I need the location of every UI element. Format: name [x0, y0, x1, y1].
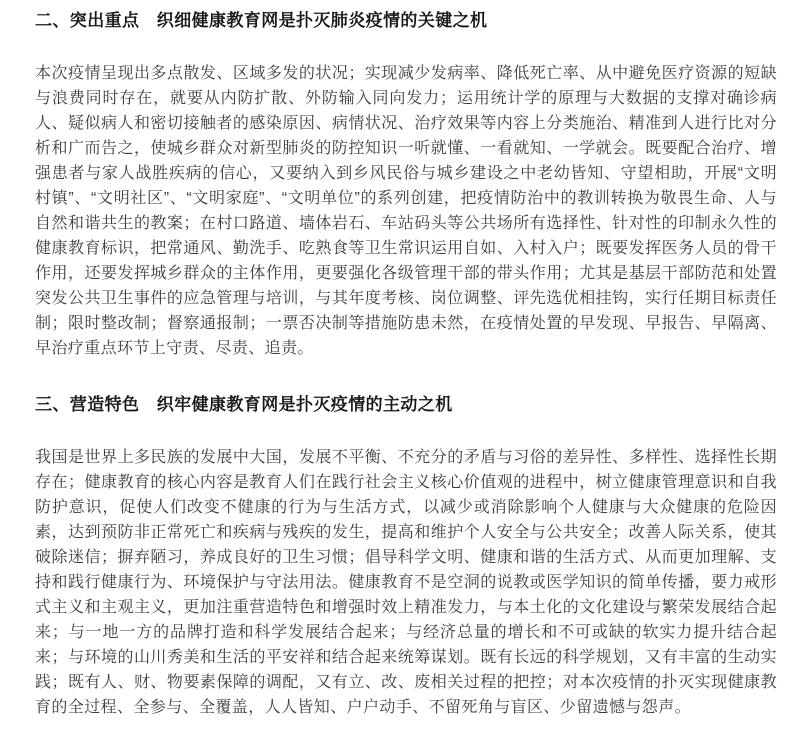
section-3-heading: 三、营造特色 织牢健康教育网是扑灭疫情的主动之机 [35, 392, 777, 418]
section-2-heading: 二、突出重点 织细健康教育网是扑灭肺炎疫情的关键之机 [35, 8, 777, 34]
document-page: 二、突出重点 织细健康教育网是扑灭肺炎疫情的关键之机 本次疫情呈现出多点散发、区… [0, 0, 810, 720]
section-2: 二、突出重点 织细健康教育网是扑灭肺炎疫情的关键之机 本次疫情呈现出多点散发、区… [35, 8, 777, 361]
section-3: 三、营造特色 织牢健康教育网是扑灭疫情的主动之机 我国是世界上多民族的发展中大国… [35, 392, 777, 720]
section-2-paragraph: 本次疫情呈现出多点散发、区域多发的状况；实现减少发病率、降低死亡率、从中避免医疗… [35, 61, 777, 361]
section-3-paragraph: 我国是世界上多民族的发展中大国，发展不平衡、不充分的矛盾与习俗的差异性、多样性、… [35, 445, 777, 720]
